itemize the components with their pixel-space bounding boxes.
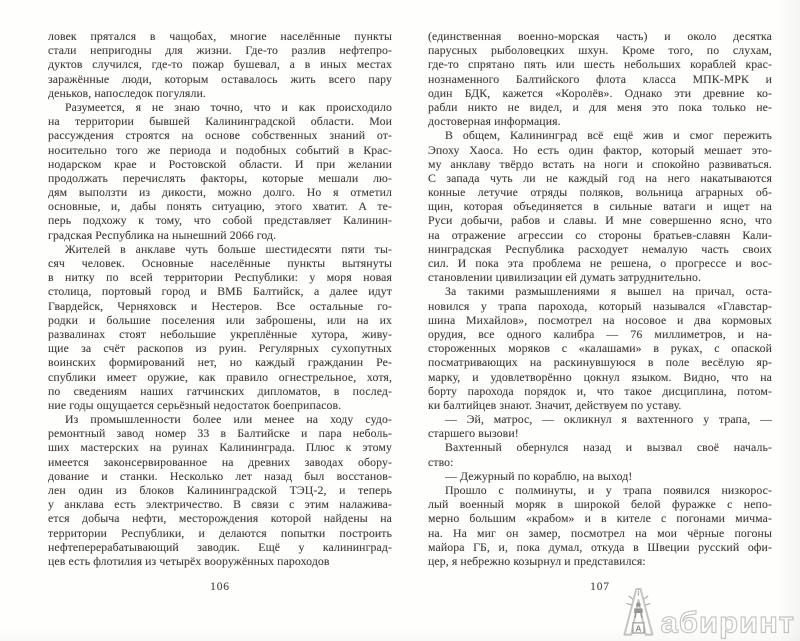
paragraph: Прошло с полминуты, и у трапа появился н… — [428, 483, 772, 568]
text-line: родки и большие поселения или заброшены,… — [48, 313, 392, 327]
text-line: Из промышленности более или менее на ход… — [48, 412, 392, 426]
text-line: В общем, Калининград всё ещё жив и смог … — [428, 128, 772, 142]
text-line: Разумеется, я не знаю точно, что и как п… — [48, 100, 392, 114]
text-line: нефтеперерабатывающий заводик. Ещё у кал… — [48, 540, 392, 554]
text-line: старшего вызови! — [428, 426, 772, 440]
page-number: 107 — [428, 581, 772, 593]
text-line: Руси добычи, рабов и славы. И мне соверш… — [428, 213, 772, 227]
text-line: ших мастерских на руинах Калининграда. П… — [48, 440, 392, 454]
text-line: ки балтийцев знают. Значит, действуем по… — [428, 398, 772, 412]
text-line: орудия, все одного калибра — 76 миллимет… — [428, 327, 772, 341]
page-text: ловек прятался в чащобах, многие населён… — [48, 29, 392, 568]
text-line: рабли никто не видел, и для меня это пок… — [428, 100, 772, 114]
paragraph: За такими размышлениями я вышел на прича… — [428, 284, 772, 412]
text-line: борту парохода порядок и, что такое дисц… — [428, 384, 772, 398]
text-line: становлении цивилизации ей думать затруд… — [428, 270, 772, 284]
page-text: (единственная военно-морская часть) и ок… — [428, 29, 772, 568]
text-line: дям выползти из дикости, можно долго. Но… — [48, 185, 392, 199]
text-line: носительно того же периода и подобных со… — [48, 143, 392, 157]
text-line: нинградская Республика расходует немалую… — [428, 242, 772, 256]
text-line: на. На миг он замер, посмотрел на мои чё… — [428, 526, 772, 540]
text-line: ловек прятался в чащобах, многие населён… — [48, 29, 392, 43]
paragraph: — Эй, матрос, — окликнул я вахтенного у … — [428, 412, 772, 440]
text-line: лен один из блоков Калининградской ТЭЦ-2… — [48, 483, 392, 497]
text-line: где-то спрятано пять или шесть небольших… — [428, 57, 772, 71]
text-line: За такими размышлениями я вышел на прича… — [428, 284, 772, 298]
text-line: сяч человек. Основные населённые пункты … — [48, 256, 392, 270]
text-line: ремонтный завод номер 33 в Балтийске и п… — [48, 426, 392, 440]
text-line: лый военный моряк в широкой белой фуражк… — [428, 497, 772, 511]
paragraph: Из промышленности более или менее на ход… — [48, 412, 392, 568]
text-line: продолжать перечислять факторы, которые … — [48, 171, 392, 185]
text-line: ние годы ощущается серьёзный недостаток … — [48, 398, 392, 412]
text-line: на отражение агрессии со стороны братьев… — [428, 228, 772, 242]
text-line: Вахтенный обернулся назад и вызвал своё … — [428, 440, 772, 454]
text-line: — Эй, матрос, — окликнул я вахтенного у … — [428, 412, 772, 426]
text-line: ется добыча нефти, месторождения которой… — [48, 511, 392, 525]
text-line: С запада чуть ли не каждый год на него н… — [428, 171, 772, 185]
text-line: щие за счёт раскопов из руин. Регулярных… — [48, 341, 392, 355]
book-spread: ловек прятался в чащобах, многие населён… — [0, 0, 800, 641]
text-line: мерно большим «крабом» и в кителе с пого… — [428, 511, 772, 525]
text-line: по сведениям наших гатчинских дипломатов… — [48, 384, 392, 398]
text-line: рассуждения строятся на основе собственн… — [48, 128, 392, 142]
text-line: конные летучие отряды поляков, вольница … — [428, 185, 772, 199]
text-line: ство: — [428, 455, 772, 469]
paragraph: Жителей в анклаве чуть больше шестидесят… — [48, 242, 392, 412]
text-line: в нитку по всей территории Республики: у… — [48, 270, 392, 284]
paragraph: (единственная военно-морская часть) и ок… — [428, 29, 772, 128]
text-line: — Дежурный по кораблю, на выход! — [428, 469, 772, 483]
page-left: ловек прятался в чащобах, многие населён… — [48, 0, 392, 641]
text-line: Жителей в анклаве чуть больше шестидесят… — [48, 242, 392, 256]
paragraph: Вахтенный обернулся назад и вызвал своё … — [428, 440, 772, 468]
text-line: территории Республики, и делаются попытк… — [48, 526, 392, 540]
paragraph: В общем, Калининград всё ещё жив и смог … — [428, 128, 772, 284]
paragraph: ловек прятался в чащобах, многие населён… — [48, 29, 392, 100]
text-line: парусных рыболовецких шхун. Кроме того, … — [428, 43, 772, 57]
text-line: заражённые люди, которым оставалось жить… — [48, 72, 392, 86]
text-line: новился у трапа парохода, который называ… — [428, 299, 772, 313]
text-line: у анклава есть электричество. В связи с … — [48, 497, 392, 511]
text-line: щин, которая объединяется в сильные вата… — [428, 199, 772, 213]
text-line: дование и станки. Несколько лет назад бы… — [48, 469, 392, 483]
text-line: воинских формирований нет, но каждый гра… — [48, 355, 392, 369]
page-edge-shade — [778, 0, 800, 641]
text-line: имеется законсервированное на древних за… — [48, 455, 392, 469]
text-line: основные, и, дабы понять ситуацию, этого… — [48, 199, 392, 213]
text-line: марку, и удовлетворённо цокнул языком. В… — [428, 370, 772, 384]
paragraph: Разумеется, я не знаю точно, что и как п… — [48, 100, 392, 242]
text-line: спублики имеет оружие, как правило огнес… — [48, 370, 392, 384]
text-line: Гвардейск, Черняховск и Нестеров. Все ос… — [48, 299, 392, 313]
text-line: развалинах стоят небольшие укреплённые х… — [48, 327, 392, 341]
text-line: Эпоху Хаоса. Но есть один фактор, которы… — [428, 143, 772, 157]
text-line: майора ГБ, и, пока думал, откуда в Швеци… — [428, 540, 772, 554]
text-line: посматривающих на раскинувшуюся в поле в… — [428, 355, 772, 369]
text-line: перь подхожу к тому, что собой представл… — [48, 213, 392, 227]
text-line: шина Михайлов», посмотрел на носовое и д… — [428, 313, 772, 327]
text-line: деньков, напоследок погуляли. — [48, 86, 392, 100]
text-line: (единственная военно-морская часть) и ок… — [428, 29, 772, 43]
text-line: нознаменного Балтийского флота класса МП… — [428, 72, 772, 86]
paragraph: — Дежурный по кораблю, на выход! — [428, 469, 772, 483]
text-line: Прошло с полминуты, и у трапа появился н… — [428, 483, 772, 497]
text-line: один БДК, кажется «Королёв». Однако эти … — [428, 86, 772, 100]
text-line: цер, я небрежно козырнул и представился: — [428, 554, 772, 568]
text-line: сил. И пока эта проблема не решена, о пр… — [428, 256, 772, 270]
text-line: на территории бывшей Калининградской обл… — [48, 114, 392, 128]
text-line: столица, портовый город и ВМБ Балтийск, … — [48, 284, 392, 298]
page-number: 106 — [48, 581, 392, 593]
text-line: му анклаву твёрдо встать на ноги и споко… — [428, 157, 772, 171]
text-line: нодарском крае и Ростовской области. И п… — [48, 157, 392, 171]
text-line: градская Республика на нынешний 2066 год… — [48, 228, 392, 242]
text-line: стали непригодны для жизни. Где-то разли… — [48, 43, 392, 57]
text-line: достоверная информация. — [428, 114, 772, 128]
text-line: дуктов случился, где-то пожар бушевал, а… — [48, 57, 392, 71]
text-line: стороженных моряков с «калашами» в руках… — [428, 341, 772, 355]
text-line: цев есть флотилия из четырёх вооружённых… — [48, 554, 392, 568]
page-right: (единственная военно-морская часть) и ок… — [428, 0, 772, 641]
